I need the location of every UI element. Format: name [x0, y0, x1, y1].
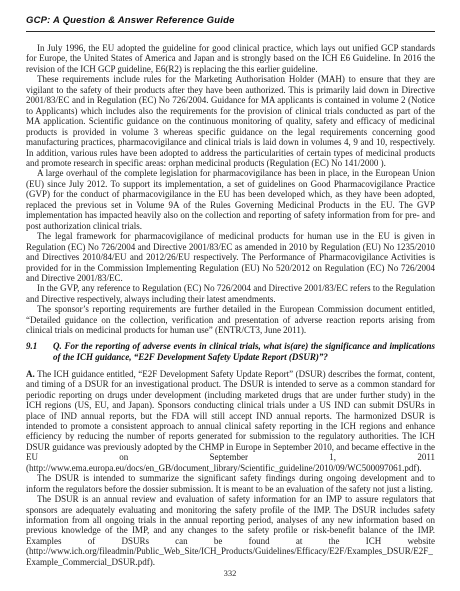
intro-paragraph-5: In the GVP, any reference to Regulation …	[26, 283, 435, 304]
section-heading: 9.1 Q. For the reporting of adverse even…	[26, 341, 435, 363]
answer-paragraph-1: A. The ICH guidance entitled, “E2F Devel…	[26, 369, 435, 474]
document-page: GCP: A Question & Answer Reference Guide…	[0, 0, 460, 591]
intro-paragraph-6: The sponsor’s reporting requirements are…	[26, 304, 435, 335]
section-number: 9.1	[26, 341, 53, 363]
running-header: GCP: A Question & Answer Reference Guide	[26, 15, 435, 32]
intro-paragraph-2: These requirements include rules for the…	[26, 74, 435, 168]
answer-paragraph-2: The DSUR is intended to summarize the si…	[26, 473, 435, 494]
page-content: GCP: A Question & Answer Reference Guide…	[26, 15, 435, 567]
question-text: Q. For the reporting of adverse events i…	[53, 341, 435, 363]
intro-paragraph-4: The legal framework for pharmacovigilanc…	[26, 231, 435, 283]
answer-label: A.	[26, 369, 35, 379]
answer-first-text: The ICH guidance entitled, “E2F Developm…	[26, 369, 435, 473]
page-number: 332	[0, 568, 460, 578]
answer-paragraph-3: The DSUR is an annual review and evaluat…	[26, 494, 435, 567]
intro-paragraph-1: In July 1996, the EU adopted the guideli…	[26, 43, 435, 74]
intro-paragraph-3: A large overhaul of the complete legisla…	[26, 168, 435, 231]
